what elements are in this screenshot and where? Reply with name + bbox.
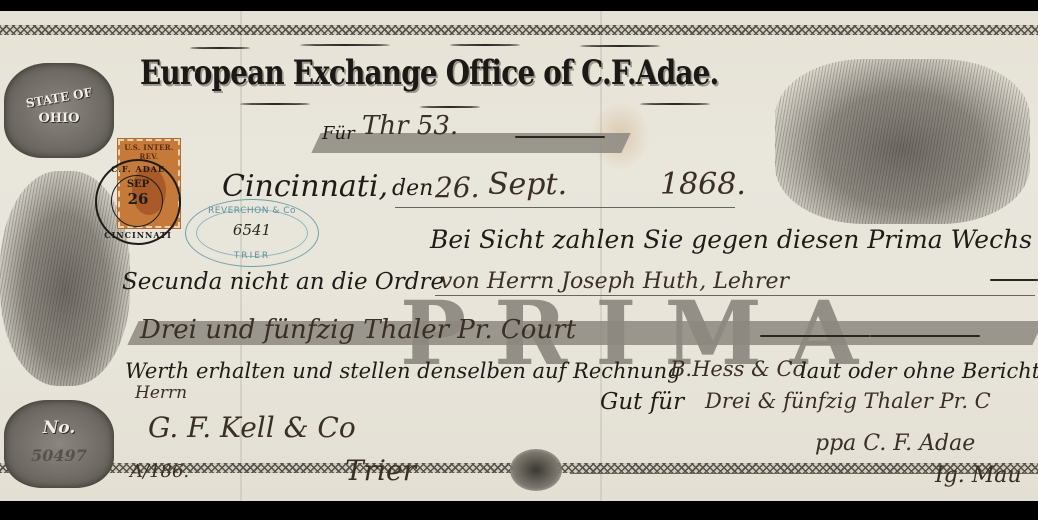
title-flourish — [240, 103, 310, 105]
postmark-month: SEP — [97, 179, 179, 190]
fill-dash — [990, 279, 1038, 281]
title-flourish — [420, 106, 480, 108]
number-prefix: Für — [322, 123, 355, 144]
title-flourish — [580, 45, 660, 47]
serial-number-vignette: No. 50497 — [4, 400, 114, 488]
title-flourish — [450, 44, 520, 46]
fill-dash — [515, 136, 605, 138]
addressee-label: Herrn — [135, 383, 187, 403]
bank-stamp-city: TRIER — [186, 251, 318, 261]
reference-number: A/186. — [130, 461, 189, 482]
printed-order: Secunda nicht an die Ordre — [122, 269, 444, 295]
title-flourish — [300, 44, 390, 46]
bank-oval-stamp: REVERCHON & Co 6541 TRIER — [185, 199, 319, 267]
small-vignette — [510, 449, 562, 491]
good-for-amount: Drei & fünfzig Thaler Pr. C — [705, 389, 991, 413]
signature-procura: ppa C. F. Adae — [815, 431, 975, 456]
place-city: Cincinnati, — [222, 169, 388, 204]
postmark: C.F. ADAE SEP 26 CINCINNATI — [95, 159, 181, 245]
bank-stamp-number: 6541 — [186, 221, 318, 239]
serial-label: No. — [4, 418, 114, 438]
drawee-city: Trier — [345, 454, 416, 487]
stamp-text: U.S. INTER. REV. — [120, 143, 178, 161]
title-flourish — [190, 47, 250, 49]
title-flourish — [640, 103, 710, 105]
good-for-label: Gut für — [600, 389, 684, 415]
printed-value-received: Werth erhalten und stellen denselben auf… — [125, 359, 681, 383]
date-year: 1868. — [660, 167, 746, 202]
date-month: Sept. — [488, 167, 567, 202]
amount-in-words: Drei und fünfzig Thaler Pr. Court — [140, 315, 576, 345]
fill-dash — [760, 335, 870, 337]
drawee-name: G. F. Kell & Co — [148, 411, 356, 444]
vignette-text: STATE OF — [4, 82, 115, 115]
document-title: European Exchange Office of C.F.Adae. — [140, 53, 648, 93]
vignette-text: OHIO — [4, 111, 114, 126]
number-value: Thr 53. — [362, 111, 458, 141]
postmark-city: CINCINNATI — [97, 230, 179, 240]
printed-instruction: Bei Sicht zahlen Sie gegen diesen Prima … — [430, 225, 1032, 254]
guilloche-border-top — [0, 25, 1038, 35]
bank-stamp-name: REVERCHON & Co — [186, 206, 318, 216]
postmark-day: 26 — [97, 190, 179, 208]
fill-dash — [870, 335, 980, 337]
bill-of-exchange: European Exchange Office of C.F.Adae. ST… — [0, 11, 1038, 501]
printed-advice: laut oder ohne Bericht — [800, 359, 1038, 383]
date-prefix: den — [392, 176, 433, 201]
serial-number: 50497 — [4, 446, 114, 465]
woodsmen-engraving — [775, 59, 1030, 224]
account-name: B.Hess & Co — [670, 357, 805, 381]
date-day: 26. — [435, 171, 480, 204]
date-rule — [395, 207, 735, 208]
signature-second: Ig. Mau — [935, 463, 1022, 488]
postmark-name: C.F. ADAE — [97, 164, 179, 174]
state-of-ohio-vignette: STATE OF OHIO — [4, 63, 114, 158]
